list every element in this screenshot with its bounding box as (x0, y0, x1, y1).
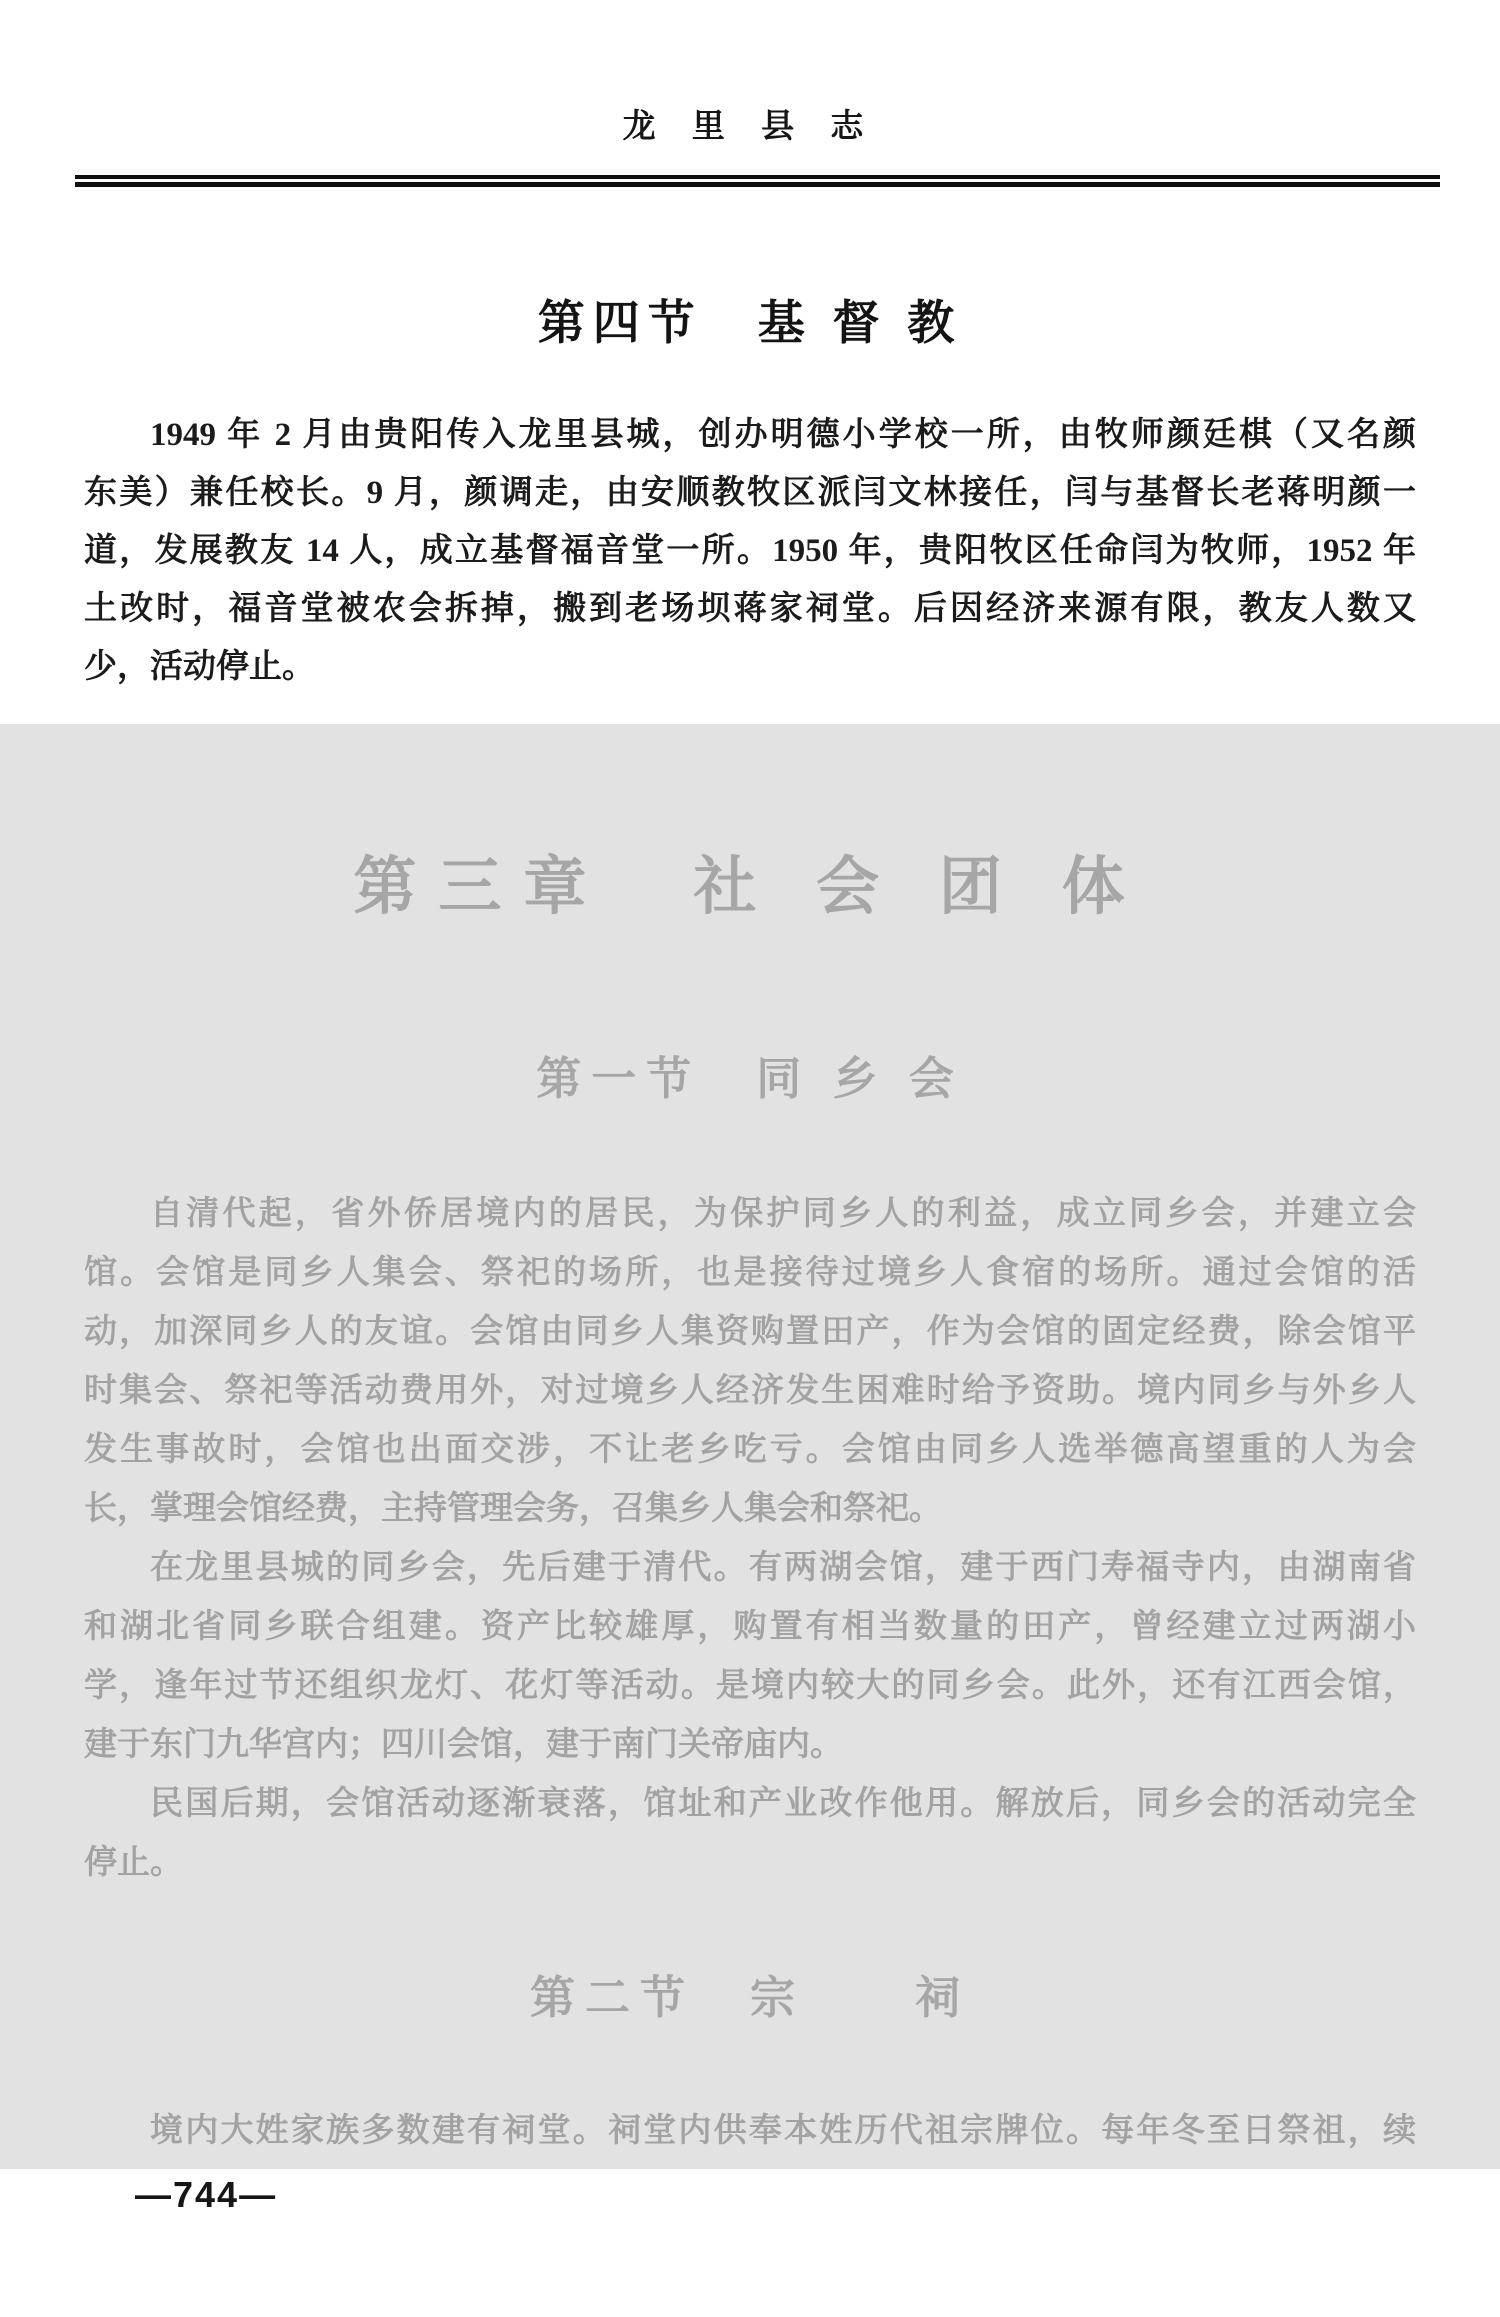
tongxianghui-paragraph-1: 自清代起，省外侨居境内的居民，为保护同乡人的利益，成立同乡会，并建立会 馆。会馆… (84, 1185, 1416, 1539)
paragraph-line: 发生事故时，会馆也出面交涉，不让老乡吃亏。会馆由同乡人选举德高望重的人为会 (84, 1421, 1416, 1480)
paragraph-line: 学，逢年过节还组织龙灯、花灯等活动。是境内较大的同乡会。此外，还有江西会馆， (84, 1657, 1416, 1716)
paragraph-line: 1949 年 2 月由贵阳传入龙里县城，创办明德小学校一所，由牧师颜廷棋（又名颜 (84, 406, 1416, 464)
section-title-native-place-associations: 第一节 同 乡 会 (0, 1042, 1500, 1107)
paragraph-line: 长，掌理会馆经费，主持管理会务，召集乡人集会和祭祀。 (84, 1480, 1416, 1539)
chapter-title-social-organizations: 第三章 社 会 团 体 (0, 836, 1500, 927)
paragraph-line: 建于东门九华宫内；四川会馆，建于南门关帝庙内。 (84, 1716, 1416, 1775)
paragraph-line: 民国后期，会馆活动逐渐衰落，馆址和产业改作他用。解放后，同乡会的活动完全 (84, 1775, 1416, 1834)
paragraph-line: 馆。会馆是同乡人集会、祭祀的场所，也是接待过境乡人食宿的场所。通过会馆的活 (84, 1244, 1416, 1303)
scanned-book-page: 龙 里 县 志 第四节 基 督 教 1949 年 2 月由贵阳传入龙里县城，创办… (0, 0, 1500, 2317)
paragraph-line: 动，加深同乡人的友谊。会馆由同乡人集资购置田产，作为会馆的固定经费，除会馆平 (84, 1303, 1416, 1362)
tongxianghui-paragraph-3: 民国后期，会馆活动逐渐衰落，馆址和产业改作他用。解放后，同乡会的活动完全 停止。 (84, 1775, 1416, 1893)
header-double-rule (75, 175, 1440, 187)
section-title-ancestral-halls: 第二节 宗 祠 (0, 1961, 1500, 2026)
section-title-christianity: 第四节 基 督 教 (0, 286, 1500, 353)
running-header: 龙 里 县 志 (0, 100, 1500, 147)
paragraph-line: 东美）兼任校长。9 月，颜调走，由安顺教牧区派闫文林接任，闫与基督长老蒋明颜一 (84, 464, 1416, 522)
paragraph-line: 族谱，订族规。清明日前后，由族长召集族人商量扫墓事宜。各姓祠堂均有数量不等的 (84, 2161, 1416, 2169)
page-number: —744— (135, 2174, 277, 2216)
paragraph-line: 道，发展教友 14 人，成立基督福音堂一所。1950 年，贵阳牧区任命闫为牧师，… (84, 522, 1416, 580)
zongci-paragraph-1: 境内大姓家族多数建有祠堂。祠堂内供奉本姓历代祖宗牌位。每年冬至日祭祖，续 族谱，… (84, 2102, 1416, 2169)
paragraph-line: 境内大姓家族多数建有祠堂。祠堂内供奉本姓历代祖宗牌位。每年冬至日祭祖，续 (84, 2102, 1416, 2161)
paragraph-line: 时集会、祭祀等活动费用外，对过境乡人经济发生困难时给予资助。境内同乡与外乡人 (84, 1362, 1416, 1421)
paragraph-line: 在龙里县城的同乡会，先后建于清代。有两湖会馆，建于西门寿福寺内，由湖南省 (84, 1539, 1416, 1598)
paragraph-line: 和湖北省同乡联合组建。资产比较雄厚，购置有相当数量的田产，曾经建立过两湖小 (84, 1598, 1416, 1657)
tongxianghui-paragraph-2: 在龙里县城的同乡会，先后建于清代。有两湖会馆，建于西门寿福寺内，由湖南省 和湖北… (84, 1539, 1416, 1775)
paragraph-line: 停止。 (84, 1834, 1416, 1893)
faded-scan-region: 第三章 社 会 团 体 第一节 同 乡 会 自清代起，省外侨居境内的居民，为保护… (0, 724, 1500, 2169)
paragraph-line: 土改时，福音堂被农会拆掉，搬到老场坝蒋家祠堂。后因经济来源有限，教友人数又 (84, 580, 1416, 638)
paragraph-line: 自清代起，省外侨居境内的居民，为保护同乡人的利益，成立同乡会，并建立会 (84, 1185, 1416, 1244)
section4-paragraph: 1949 年 2 月由贵阳传入龙里县城，创办明德小学校一所，由牧师颜廷棋（又名颜… (84, 406, 1416, 696)
paragraph-line: 少，活动停止。 (84, 638, 1416, 696)
